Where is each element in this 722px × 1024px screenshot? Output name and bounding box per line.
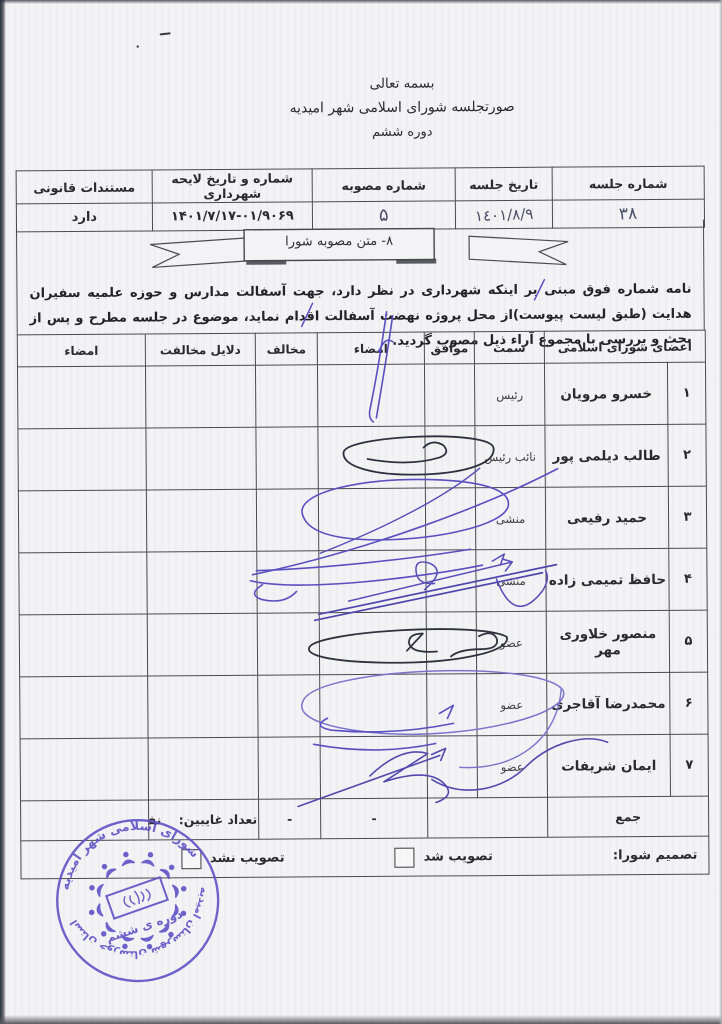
oppose-cell xyxy=(258,675,320,737)
row-number: ۲ xyxy=(668,424,706,486)
meta-header-row: شماره جلسه تاریخ جلسه شماره مصوبه شماره … xyxy=(16,166,704,204)
signature-cell xyxy=(320,674,427,737)
oppose-reason-cell xyxy=(148,675,258,738)
member-position: رئیس xyxy=(474,363,544,425)
bill-header: شماره و تاریخ لایحه شهرداری xyxy=(152,169,312,203)
oppose-cell xyxy=(257,613,319,675)
oppose-total: - xyxy=(259,799,321,839)
members-header: اعضای شورای اسلامی xyxy=(544,330,705,363)
term-line: دوره ششم xyxy=(97,123,707,142)
agree-header: موافق xyxy=(424,332,474,364)
signature-cell xyxy=(320,736,427,799)
row-number: ۷ xyxy=(670,734,708,796)
signature-cell xyxy=(318,426,425,489)
banner-title: ۸- متن مصوبه شورا xyxy=(244,233,434,249)
row-number: ۵ xyxy=(669,610,707,672)
absent-count-label: تعداد غایبین: نفر xyxy=(149,799,259,840)
agree-cell xyxy=(425,426,475,488)
agree-cell xyxy=(426,612,476,674)
member-position: منشی xyxy=(476,549,546,611)
signature2-cell xyxy=(18,428,146,491)
member-position: عضو xyxy=(477,735,547,797)
oppose-reason-cell xyxy=(146,489,256,552)
bismillah-line: بسمه تعالی xyxy=(97,74,707,94)
agree-cell xyxy=(426,550,476,612)
agree-cell xyxy=(427,736,477,798)
member-name: محمدرضا آقاجری xyxy=(547,672,670,735)
member-position: منشی xyxy=(475,487,545,549)
decision-label: تصمیم شورا: xyxy=(613,848,698,864)
oppose-cell xyxy=(256,489,318,551)
decision-row: تصمیم شورا: تصویب شد تصویب نشد xyxy=(21,836,709,879)
member-name: طالب دیلمی پور xyxy=(545,424,668,487)
table-row: ۱ خسرو مرویان رئیس xyxy=(17,362,705,429)
oppose-reason-cell xyxy=(145,365,255,428)
signature2-header: امضاء xyxy=(17,334,145,367)
agree-cell xyxy=(425,488,475,550)
signature-cell xyxy=(319,550,426,613)
member-name: حافظ تمیمی زاده xyxy=(546,548,669,611)
rejected-checkbox xyxy=(181,849,201,869)
signature-cell xyxy=(318,488,425,551)
legal-doc-header: مستندات قانونی xyxy=(16,170,152,204)
table-row: ۳ حمید رفیعی منشی xyxy=(18,486,706,553)
agree-cell xyxy=(424,364,474,426)
summary-empty-cell xyxy=(427,797,547,838)
oppose-reason-cell xyxy=(148,737,258,800)
oppose-cell xyxy=(255,365,317,427)
agree-cell xyxy=(427,674,477,736)
table-row: ۵ منصور خلاوری مهر عضو xyxy=(19,610,707,677)
vote-table: اعضای شورای اسلامی سمت موافق امضاء مخالف… xyxy=(17,330,710,880)
row-number: ۴ xyxy=(669,548,707,610)
svg-text:استان خوزستان شهرستان امیدیه: استان خوزستان شهرستان امیدیه xyxy=(67,884,223,977)
table-row: ۷ ایمان شریفات عضو xyxy=(20,734,708,801)
summary-signature-cell xyxy=(21,800,149,841)
signature2-cell xyxy=(20,676,148,739)
member-position: عضو xyxy=(477,673,547,735)
signature-header: امضاء xyxy=(317,332,424,365)
table-row: ۴ حافظ تمیمی زاده منشی xyxy=(19,548,707,615)
member-name: خسرو مرویان xyxy=(544,362,667,425)
signature2-cell xyxy=(18,490,146,553)
member-name: منصور خلاوری مهر xyxy=(546,610,669,673)
rejected-label: تصویب نشد xyxy=(210,851,285,867)
total-label: جمع xyxy=(547,796,708,837)
row-number: ۶ xyxy=(670,672,708,734)
oppose-reason-cell xyxy=(146,427,256,490)
iran-emblem-icon xyxy=(105,877,169,919)
oppose-header: مخالف xyxy=(255,333,317,365)
vote-header-row: اعضای شورای اسلامی سمت موافق امضاء مخالف… xyxy=(17,330,705,367)
member-name: حمید رفیعی xyxy=(545,486,668,549)
signature2-cell xyxy=(20,738,148,801)
member-position: نائب رئیس xyxy=(475,425,545,487)
position-header: سمت xyxy=(474,331,544,363)
resolution-no-header: شماره مصوبه xyxy=(312,168,455,202)
ink-speck xyxy=(136,33,169,47)
signature2-cell xyxy=(19,614,147,677)
row-number: ۳ xyxy=(668,486,706,548)
agree-total: - xyxy=(321,798,428,839)
table-row: ۲ طالب دیلمی پور نائب رئیس xyxy=(18,424,706,491)
page-title: صورتجلسه شورای اسلامی شهر امیدیه xyxy=(97,98,707,118)
stamp-term-text: دوره ی ششم xyxy=(104,907,184,946)
signature-cell xyxy=(317,364,424,427)
approved-label: تصویب شد xyxy=(424,849,493,864)
document-header: بسمه تعالی صورتجلسه شورای اسلامی شهر امی… xyxy=(97,74,707,142)
oppose-cell xyxy=(257,551,319,613)
session-no-header: شماره جلسه xyxy=(552,166,704,200)
resolution-block: ۸- متن مصوبه شورا نامه شماره فوق مبنی بر… xyxy=(16,220,705,335)
session-date-header: تاریخ جلسه xyxy=(455,167,552,201)
stamp-bottom-arc-text: استان خوزستان شهرستان امیدیه xyxy=(67,884,223,977)
signature-cell xyxy=(319,612,426,675)
summary-row: جمع - - تعداد غایبین: نفر xyxy=(21,796,709,841)
oppose-cell xyxy=(258,737,320,799)
signature2-cell xyxy=(19,552,147,615)
row-number: ۱ xyxy=(667,362,705,424)
oppose-reason-cell xyxy=(147,613,257,676)
scanned-council-minutes-page: بسمه تعالی صورتجلسه شورای اسلامی شهر امی… xyxy=(0,0,722,1024)
oppose-cell xyxy=(256,427,318,489)
oppose-reason-cell xyxy=(147,551,257,614)
signature2-cell xyxy=(17,366,145,429)
approved-checkbox xyxy=(395,847,415,867)
member-position: عضو xyxy=(476,611,546,673)
oppose-reasons-header: دلایل مخالفت xyxy=(145,333,255,366)
table-row: ۶ محمدرضا آقاجری عضو xyxy=(20,672,708,739)
member-name: ایمان شریفات xyxy=(547,734,670,797)
